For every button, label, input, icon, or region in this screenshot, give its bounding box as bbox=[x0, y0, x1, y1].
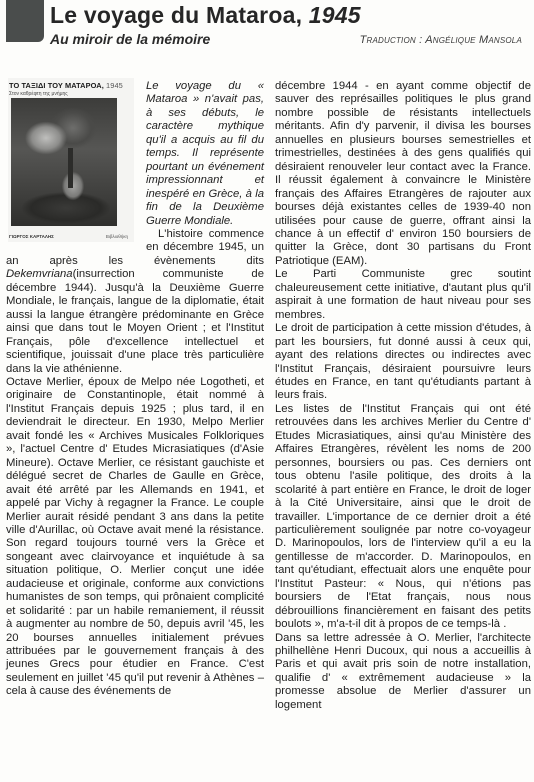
paragraph-3: Le Parti Communiste grec soutint chaleur… bbox=[275, 268, 531, 322]
cover-painting bbox=[11, 98, 117, 226]
painting-tree-trunk bbox=[68, 148, 73, 188]
title-text: Le voyage du Mataroa, bbox=[50, 2, 302, 28]
left-column: ΤΟ ΤΑΞΙΔΙ ΤΟΥ ΜΑΤΑΡΟΑ, 1945 Στον καθρέφτ… bbox=[6, 80, 264, 699]
cover-author: ΓΙΩΡΓΟΣ ΚΑΡΤΑΛΗΣ bbox=[9, 230, 54, 243]
cover-publisher: Βιβλιοθήκη bbox=[106, 230, 128, 243]
paragraph-1: L'histoire commence en décembre 1945, un… bbox=[6, 228, 264, 376]
translation-credit: Traduction : Angélique Mansola bbox=[360, 34, 522, 46]
paragraph-4: Le droit de participation à cette missio… bbox=[275, 322, 531, 403]
right-column: décembre 1944 - en ayant comme objectif … bbox=[275, 80, 531, 712]
paragraph-6: Dans sa lettre adressée à O. Merlier, l'… bbox=[275, 632, 531, 713]
p1-rest: (insurrection communiste de décembre 194… bbox=[6, 268, 264, 374]
title-year: 1945 bbox=[309, 2, 361, 28]
paragraph-2-continued: décembre 1944 - en ayant comme objectif … bbox=[275, 80, 531, 268]
p1-italic-term: Dekemvriana bbox=[6, 268, 73, 280]
article-title: Le voyage du Mataroa, 1945 bbox=[50, 1, 361, 29]
book-cover-image: ΤΟ ΤΑΞΙΔΙ ΤΟΥ ΜΑΤΑΡΟΑ, 1945 Στον καθρέφτ… bbox=[8, 78, 134, 242]
book-cover-figure: ΤΟ ΤΑΞΙΔΙ ΤΟΥ ΜΑΤΑΡΟΑ, 1945 Στον καθρέφτ… bbox=[6, 78, 136, 245]
section-marker bbox=[6, 0, 44, 42]
paragraph-2: Octave Merlier, époux de Melpo née Logot… bbox=[6, 376, 264, 699]
article-subtitle: Au miroir de la mémoire bbox=[50, 30, 210, 48]
paragraph-5: Les listes de l'Institut Français qui on… bbox=[275, 403, 531, 632]
cover-year: 1945 bbox=[106, 81, 123, 90]
